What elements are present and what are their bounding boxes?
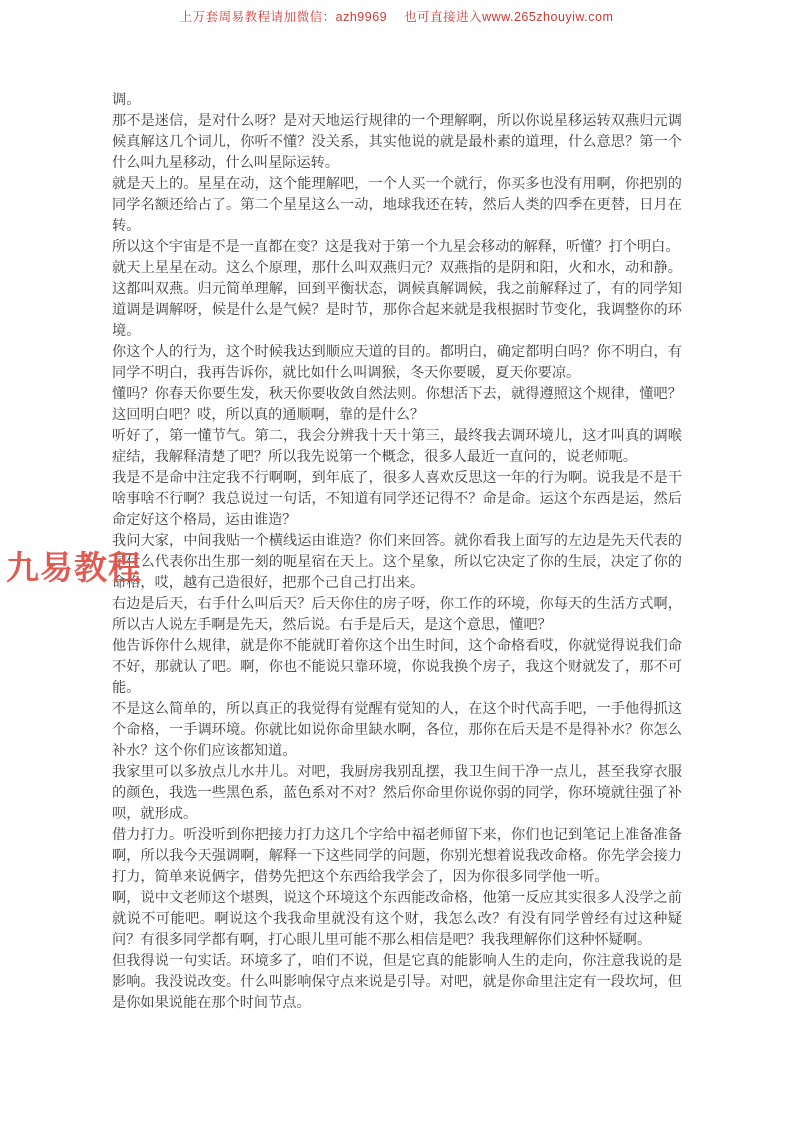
paragraph: 右边是后天，右手什么叫后天？后天你住的房子呀，你工作的环境，你每天的生活方式啊，…: [112, 594, 682, 636]
paragraph: 我是不是命中注定我不行啊啊，到年底了，很多人喜欢反思这一年的行为啊。说我是不是干…: [112, 468, 682, 531]
paragraph: 借力打力。听没听到你把接力打力这几个字给中福老师留下来，你们也记到笔记上准备准备…: [112, 825, 682, 888]
header-promo-text: 上万套周易教程请加微信：azh9969 也可直接进入www.265zhouyiw…: [0, 9, 793, 25]
paragraph: 所以这个宇宙是不是一直都在变？这是我对于第一个九星会移动的解释，听懂？打个明白。: [112, 237, 682, 258]
paragraph: 听好了，第一懂节气。第二，我会分辨我十天十第三，最终我去调环境儿，这才叫真的调喉…: [112, 426, 682, 468]
paragraph: 但我得说一句实话。环境多了，咱们不说，但是它真的能影响人生的走向，你注意我说的是…: [112, 951, 682, 1014]
paragraph: 那不是迷信，是对什么呀？是对天地运行规律的一个理解啊，所以你说星移运转双燕归元调…: [112, 111, 682, 174]
paragraph: 调。: [112, 90, 682, 111]
paragraph: 我家里可以多放点儿水井儿。对吧，我厨房我别乱摆，我卫生间干净一点儿，甚至我穿衣服…: [112, 762, 682, 825]
paragraph: 懂吗？你春天你要生发，秋天你要收敛自然法则。你想活下去，就得遵照这个规律，懂吧？…: [112, 384, 682, 426]
watermark-text: 九易教程: [6, 548, 142, 588]
paragraph: 他告诉你什么规律，就是你不能就盯着你这个出生时间，这个命格看哎，你就觉得说我们命…: [112, 636, 682, 699]
paragraph: 就天上星星在动。这么个原理，那什么叫双燕归元？双燕指的是阴和阳，火和水，动和静。…: [112, 258, 682, 342]
paragraph: 你这个人的行为，这个时候我达到顺应天道的目的。都明白，确定都明白吗？你不明白，有…: [112, 342, 682, 384]
paragraph: 不是这么简单的，所以真正的我觉得有觉醒有觉知的人，在这个时代高手吧，一手他得抓这…: [112, 699, 682, 762]
paragraph: 啊，说中文老师这个堪舆，说这个环境这个东西能改命格，他第一反应其实很多人没学之前…: [112, 888, 682, 951]
document-body: 调。那不是迷信，是对什么呀？是对天地运行规律的一个理解啊，所以你说星移运转双燕归…: [112, 90, 682, 1014]
document-page: 上万套周易教程请加微信：azh9969 也可直接进入www.265zhouyiw…: [0, 0, 793, 1123]
paragraph: 就是天上的。星星在动，这个能理解吧，一个人买一个就行，你买多也没有用啊，你把别的…: [112, 174, 682, 237]
paragraph: 我问大家，中间我贴一个横线运由谁造？你们来回答。就你看我上面写的左边是先天代表的…: [112, 531, 682, 594]
